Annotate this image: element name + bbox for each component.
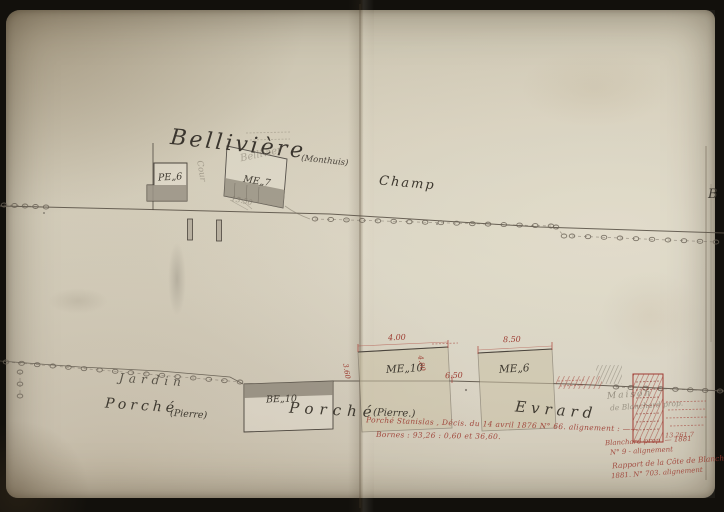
measure-me10-left: 3.60 <box>341 363 351 380</box>
page-edge-letter: B <box>708 188 718 201</box>
parcel-pe-label: PE„6 <box>158 172 183 183</box>
parcel-me6-label: ME„6 <box>499 363 530 375</box>
porche-big-label: Porché <box>289 401 378 421</box>
post-marker <box>188 219 193 240</box>
alignment-line-upper <box>0 206 724 233</box>
red-note-center-line2: Bornes : 93,26 : 0,60 et 36,60. <box>376 431 501 441</box>
scanned-cadastral-plan: Bellivière (Monthuis) Bellivier 13.50 Ch… <box>0 0 724 512</box>
measure-mid: 6.50 <box>445 372 463 381</box>
plan-drawing <box>0 0 724 512</box>
red-box-digits: 13.261.7 <box>665 431 694 439</box>
ink-speck <box>465 389 467 391</box>
porche-small-suffix: (Pierre) <box>170 409 208 421</box>
measure-me10-right: 4.80 <box>416 355 426 372</box>
ink-speck <box>43 212 45 214</box>
measure-me10-top: 4.00 <box>388 334 406 343</box>
measure-me6-top: 8.50 <box>503 336 521 345</box>
post-marker <box>217 220 222 241</box>
parcel-be-label: BE„10 <box>266 394 297 405</box>
